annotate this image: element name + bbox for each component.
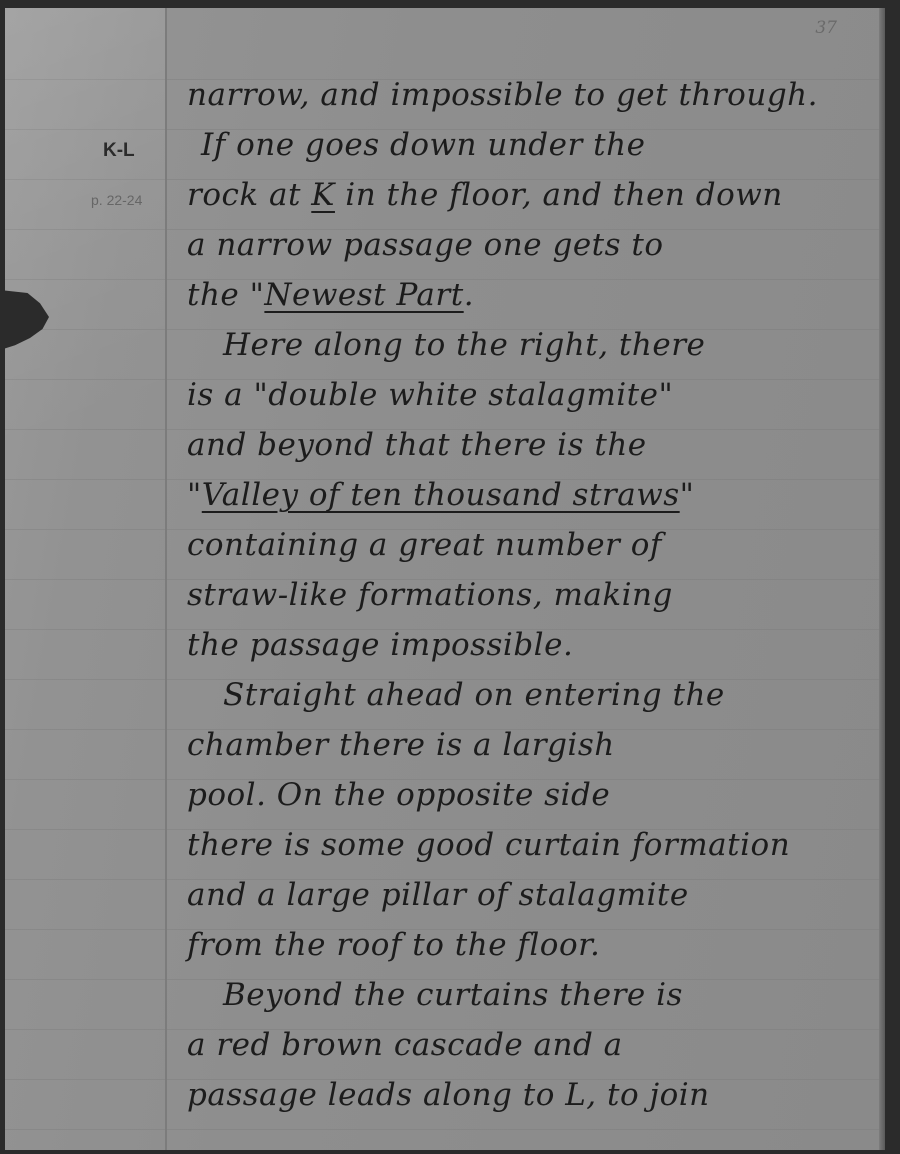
text-line: Straight ahead on entering the (187, 670, 885, 720)
text-line: and beyond that there is the (187, 420, 885, 470)
line-text: " (187, 477, 202, 513)
line-text: there is some good curtain formation (187, 827, 790, 863)
line-text: . (464, 277, 474, 313)
line-text: the " (187, 277, 264, 313)
line-text: If one goes down under the (201, 127, 645, 163)
underlined-label-k: K (311, 177, 335, 213)
margin-line (165, 8, 167, 1150)
text-line: rock at K in the floor, and then down (187, 170, 885, 220)
line-text: and beyond that there is the (187, 427, 647, 463)
line-text: containing a great number of (187, 527, 662, 563)
line-text: straw-like formations, making (187, 577, 673, 613)
line-text: passage leads along to L, to join (187, 1077, 710, 1113)
margin-note-page-ref: p. 22-24 (91, 192, 142, 208)
underlined-valley-name: Valley of ten thousand straws (202, 477, 680, 513)
line-text: and a large pillar of stalagmite (187, 877, 689, 913)
text-line: narrow, and impossible to get through. (187, 70, 885, 120)
line-text: Beyond the curtains there is (223, 977, 683, 1013)
text-line: the "Newest Part. (187, 270, 885, 320)
text-line: there is some good curtain formation (187, 820, 885, 870)
margin-note-section: K-L (103, 140, 135, 162)
text-line: "Valley of ten thousand straws" (187, 470, 885, 520)
notebook-page: 37 K-L p. 22-24 narrow, and impossible t… (5, 8, 885, 1150)
text-line: from the roof to the floor. (187, 920, 885, 970)
text-line: the passage impossible. (187, 620, 885, 670)
text-line: containing a great number of (187, 520, 885, 570)
text-line: straw-like formations, making (187, 570, 885, 620)
line-text: from the roof to the floor. (187, 927, 600, 963)
line-text: a red brown cascade and a (187, 1027, 623, 1063)
line-text: the passage impossible. (187, 627, 573, 663)
text-line: pool. On the opposite side (187, 770, 885, 820)
text-line: a narrow passage one gets to (187, 220, 885, 270)
line-text: pool. On the opposite side (187, 777, 610, 813)
text-line: Here along to the right, there (187, 320, 885, 370)
text-line: a red brown cascade and a (187, 1020, 885, 1070)
light-glare (5, 8, 165, 708)
underlined-newest-part: Newest Part (264, 277, 463, 313)
line-text: " (680, 477, 695, 513)
page-number: 37 (815, 18, 837, 38)
line-text: Here along to the right, there (223, 327, 705, 363)
text-line: passage leads along to L, to join (187, 1070, 885, 1120)
text-line: and a large pillar of stalagmite (187, 870, 885, 920)
text-line: chamber there is a largish (187, 720, 885, 770)
line-text: rock at (187, 177, 311, 213)
text-line: Beyond the curtains there is (187, 970, 885, 1020)
text-line: If one goes down under the (187, 120, 885, 170)
line-text: Straight ahead on entering the (223, 677, 725, 713)
line-text: in the floor, and then down (335, 177, 783, 213)
handwritten-text: narrow, and impossible to get through. I… (187, 70, 885, 1120)
line-text: narrow, and impossible to get through. (187, 77, 818, 113)
line-text: is a "double white stalagmite" (187, 377, 673, 413)
text-line: is a "double white stalagmite" (187, 370, 885, 420)
line-text: chamber there is a largish (187, 727, 615, 763)
scanned-page: 37 K-L p. 22-24 narrow, and impossible t… (0, 0, 900, 1154)
line-text: a narrow passage one gets to (187, 227, 664, 263)
